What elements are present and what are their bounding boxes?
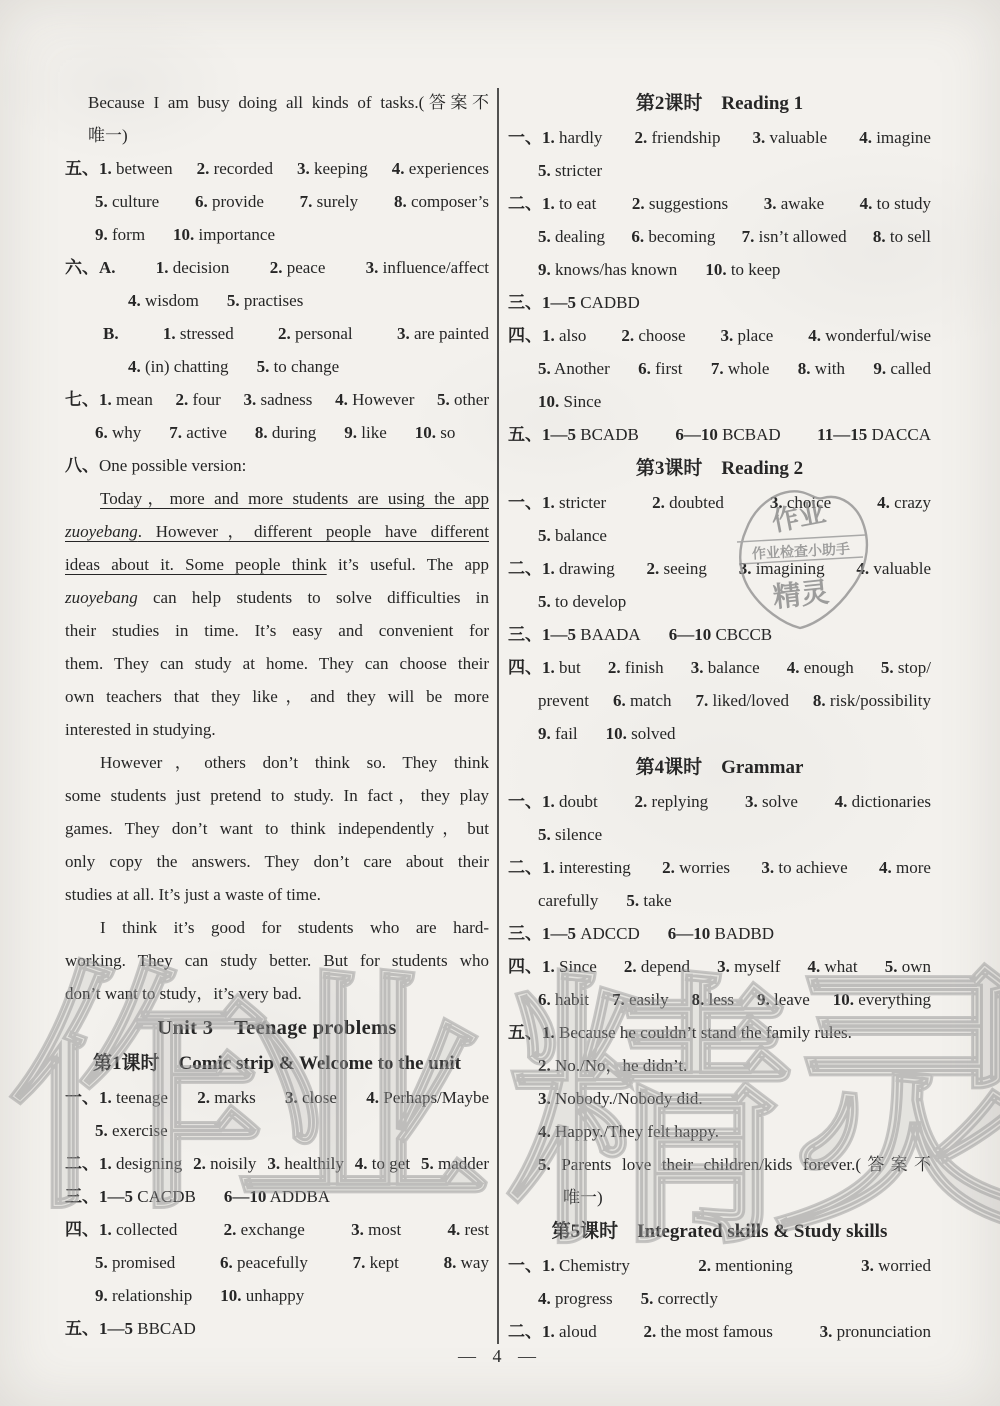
text-segment: Grammar [702, 757, 803, 778]
text-line: 一、1. stricter2. doubted3. choice4. crazy [508, 486, 931, 519]
text-segment: culture [108, 192, 159, 211]
text-line: zuoyebang can help students to solve dif… [65, 581, 489, 614]
answer-item: I think it’s good for students who are h… [100, 918, 489, 937]
text-segment: experiences [405, 159, 489, 178]
text-segment: influence/affect [378, 258, 489, 277]
text-segment: 8. [692, 990, 705, 1009]
text-segment: promised [108, 1253, 176, 1272]
text-segment: 3. [243, 390, 256, 409]
text-segment: during [268, 423, 317, 442]
text-segment: 1. [542, 658, 555, 677]
text-segment: 2. [224, 1220, 237, 1239]
text-line: them. They can study at home. They can c… [65, 647, 489, 680]
answer-item: 4. Happy./They felt happy. [538, 1122, 719, 1141]
text-segment: 5. [538, 161, 551, 180]
text-segment: 8. [798, 359, 811, 378]
text-segment: to study [872, 194, 931, 213]
text-segment: 6—10 [668, 924, 711, 943]
text-segment: 1. [99, 1220, 112, 1239]
text-segment: CBCCB [711, 625, 772, 644]
text-segment: 1. [99, 159, 112, 178]
text-segment: stricter [555, 493, 606, 512]
answer-item: 3. pronunciation [820, 1315, 931, 1348]
text-segment: Parents love their children/kids forever… [551, 1155, 931, 1174]
text-segment: 一、 [508, 493, 542, 512]
answer-item: However，others don’t think so. They thin… [100, 753, 489, 772]
text-segment: 6—10 [669, 625, 712, 644]
page-number: — 4 — [0, 1346, 1000, 1367]
text-segment: 三、 [65, 1187, 99, 1206]
answer-item: 4. to get [355, 1147, 410, 1180]
text-line: some students just pretend to study. In … [65, 779, 489, 812]
text-segment: suggestions [645, 194, 729, 213]
text-segment: 3. [366, 258, 379, 277]
text-segment: 6. [220, 1253, 233, 1272]
text-segment: 7. [742, 227, 755, 246]
answer-item: 唯一) [88, 126, 128, 145]
text-segment: 1. [542, 128, 555, 147]
answer-item: 4. what [808, 950, 858, 983]
text-segment: balance [551, 526, 607, 545]
text-segment: other [450, 390, 489, 409]
text-segment: risk/possibility [826, 691, 931, 710]
answer-item: 5. balance [538, 526, 607, 545]
text-line: 五、1. Because he couldn’t stand the famil… [508, 1016, 931, 1049]
text-segment: 5. [257, 357, 270, 376]
text-segment: 第5课时 [552, 1221, 619, 1242]
answer-item: 2. marks [197, 1081, 256, 1114]
answer-item: 七、1. mean [65, 383, 153, 416]
answer-item: 7. active [169, 416, 227, 449]
answer-item: 4. However [335, 383, 414, 416]
text-line: Today，more and more students are using t… [65, 482, 489, 515]
text-segment: 5. [538, 359, 551, 378]
answer-item: 9. form [95, 218, 145, 251]
answer-item: 一、1. teenage [65, 1081, 168, 1114]
text-segment: 7. [612, 990, 625, 1009]
text-segment: 四、 [508, 326, 542, 345]
text-line: own teachers that they like，and they wil… [65, 680, 489, 713]
text-segment: 唯一) [88, 126, 128, 145]
text-segment: importance [194, 225, 275, 244]
text-segment: 4. [366, 1088, 379, 1107]
text-segment: silence [551, 825, 602, 844]
text-segment: 5. [95, 192, 108, 211]
text-line: 二、1. aloud2. the most famous3. pronuncia… [508, 1315, 931, 1348]
text-segment: 2. [643, 1322, 656, 1341]
text-segment: 4. [538, 1122, 551, 1141]
text-line: 4. Happy./They felt happy. [538, 1115, 931, 1148]
text-line: 5. dealing6. becoming7. isn’t allowed8. … [538, 220, 931, 253]
answer-item: 5. Parents love their children/kids fore… [538, 1155, 931, 1174]
answer-item: 三、1—5 CACDB [65, 1180, 196, 1213]
text-segment: dealing [551, 227, 605, 246]
text-segment: aloud [555, 1322, 597, 1341]
text-line: 9. form10. importance [95, 218, 489, 251]
text-segment: 5. [538, 592, 551, 611]
text-segment: 2. [193, 1154, 206, 1173]
text-segment: easily [625, 990, 669, 1009]
text-segment: 5. [885, 957, 898, 976]
answer-item: 4. crazy [877, 486, 931, 519]
answer-item: 3. healthily [267, 1147, 343, 1180]
answer-item: 二、1. interesting [508, 851, 631, 884]
text-line: 4. wisdom5. practises [128, 284, 489, 317]
text-line: 5. silence [538, 818, 931, 851]
answer-column-right: 第2课时 Reading 1一、1. hardly2. friendship3.… [508, 86, 931, 1348]
text-segment: between [112, 159, 173, 178]
answer-item: 2. finish [608, 651, 664, 684]
text-segment: 4. [808, 326, 821, 345]
answer-item: 6. provide [195, 185, 264, 218]
text-segment: Since [555, 957, 597, 976]
text-segment: 4. [877, 493, 890, 512]
text-segment: Happy./They felt happy. [551, 1122, 719, 1141]
text-segment: to eat [555, 194, 597, 213]
text-segment: 1. [99, 390, 112, 409]
answer-item: 2. friendship [635, 121, 721, 154]
answer-item: 5. exercise [95, 1121, 168, 1140]
text-segment: Chemistry [555, 1256, 630, 1275]
text-segment: 5. [881, 658, 894, 677]
answer-item: their studies in time. It’s easy and con… [65, 621, 489, 640]
text-segment: 四、 [508, 957, 542, 976]
text-segment: 1. [542, 792, 555, 811]
text-line: 五、1—5 BBCAD [65, 1312, 489, 1345]
text-line: 一、1. doubt2. replying3. solve4. dictiona… [508, 785, 931, 818]
text-segment: most [364, 1220, 401, 1239]
text-segment: 1—5 [542, 625, 576, 644]
text-line: interested in studying. [65, 713, 489, 746]
answer-item: them. They can study at home. They can c… [65, 654, 489, 673]
answer-item: 3. imagining [739, 552, 825, 585]
text-line: B.1. stressed2. personal3. are painted [103, 317, 489, 350]
text-segment: 10. [606, 724, 627, 743]
answer-item: 三、1—5 CADBD [508, 293, 640, 312]
answer-item: 2. the most famous [643, 1315, 772, 1348]
answer-item: 三、1—5 ADCCD [508, 917, 640, 950]
text-line: 四、1. but2. finish3. balance4. enough5. s… [508, 651, 931, 684]
answer-item: 10. solved [606, 717, 676, 750]
text-segment: teenage [112, 1088, 168, 1107]
text-segment: A. [99, 258, 116, 277]
answer-item: 4. more [879, 851, 931, 884]
text-line: 6. habit7. easily8. less9. leave10. ever… [538, 983, 931, 1016]
text-line: 七、1. mean2. four3. sadness4. However5. o… [65, 383, 489, 416]
text-segment: 1. [542, 559, 555, 578]
text-line: don’t want to study，it’s very bad. [65, 977, 489, 1010]
text-segment: 3. [820, 1322, 833, 1341]
text-line: 6. why7. active8. during9. like10. so [95, 416, 489, 449]
answer-item: 5. practises [227, 284, 303, 317]
answer-item: 5. to change [257, 350, 340, 383]
answer-item: 一、1. hardly [508, 121, 602, 154]
text-segment: games. They don’t want to think independ… [65, 819, 489, 838]
answer-item: 2. No./No，he didn’t. [538, 1056, 687, 1075]
answer-item: interested in studying. [65, 720, 216, 739]
text-segment: Another [551, 359, 610, 378]
text-segment: prevent [538, 691, 589, 710]
text-segment: 6. [631, 227, 644, 246]
text-segment: 7. [169, 423, 182, 442]
answer-item: 6. becoming [631, 220, 715, 253]
text-segment: finish [621, 658, 664, 677]
text-segment: 1—5 [99, 1319, 133, 1338]
answer-item: 3. valuable [753, 121, 828, 154]
answer-item: 9. knows/has known [538, 253, 677, 286]
text-line: 5. exercise [95, 1114, 489, 1147]
text-segment: awake [776, 194, 824, 213]
text-segment: can help students to solve difficulties … [138, 588, 489, 607]
answer-item: carefully [538, 884, 598, 917]
text-segment: personal [291, 324, 353, 343]
text-segment: 5. [95, 1253, 108, 1272]
text-line: However，others don’t think so. They thin… [65, 746, 489, 779]
text-line: Because I am busy doing all kinds of tas… [88, 86, 489, 119]
text-segment: 二、 [65, 1154, 99, 1173]
answer-item: 3. sadness [243, 383, 312, 416]
answer-item: 3. influence/affect [366, 251, 489, 284]
text-line: 二、1. interesting2. worries3. to achieve4… [508, 851, 931, 884]
text-line: 六、A.1. decision2. peace3. influence/affe… [65, 251, 489, 284]
answer-item: 四、1. collected [65, 1213, 177, 1246]
text-segment: to achieve [774, 858, 848, 877]
answer-item: 10. so [415, 416, 456, 449]
answer-item: 3. place [720, 319, 773, 352]
text-line: 9. knows/has known10. to keep [538, 253, 931, 286]
text-segment: studies at all. It’s just a waste of tim… [65, 885, 321, 904]
text-segment: 9. [538, 724, 551, 743]
text-segment: hardly [555, 128, 603, 147]
text-line: their studies in time. It’s easy and con… [65, 614, 489, 647]
answer-item: games. They don’t want to think independ… [65, 819, 489, 838]
text-segment: zuoyebang [65, 522, 138, 541]
text-segment: mentioning [711, 1256, 793, 1275]
text-line: studies at all. It’s just a waste of tim… [65, 878, 489, 911]
text-segment: valuable [869, 559, 931, 578]
text-line: 9. relationship10. unhappy [95, 1279, 489, 1312]
answer-item: 五、1. Because he couldn’t stand the famil… [508, 1023, 852, 1042]
text-segment: fail [551, 724, 578, 743]
answer-item: 5. promised [95, 1246, 175, 1279]
text-segment: 3. [770, 493, 783, 512]
text-segment: Integrated skills & Study skills [618, 1221, 887, 1242]
answer-item: 4. rest [447, 1213, 489, 1246]
text-line: 四、1. also2. choose3. place4. wonderful/w… [508, 319, 931, 352]
text-segment: some students just pretend to study. In … [65, 786, 489, 805]
answer-item: 2. seeing [646, 552, 706, 585]
text-segment: BCBAD [718, 425, 781, 444]
text-segment: 4. [128, 291, 141, 310]
answer-item: 四、1. Since [508, 950, 597, 983]
text-segment: One possible version: [99, 456, 246, 475]
text-segment: 2. [278, 324, 291, 343]
text-segment: Perhaps/Maybe [379, 1088, 489, 1107]
text-segment: 3. [753, 128, 766, 147]
answer-item: 4. Perhaps/Maybe [366, 1081, 489, 1114]
text-segment: 6. [538, 990, 551, 1009]
text-segment: peacefully [233, 1253, 308, 1272]
text-segment: 5. [227, 291, 240, 310]
text-segment: interested in studying. [65, 720, 216, 739]
text-segment: 二、 [508, 858, 542, 877]
answer-item: studies at all. It’s just a waste of tim… [65, 885, 321, 904]
text-segment: solved [627, 724, 676, 743]
answer-item: 五、1—5 BCADB [508, 418, 639, 451]
text-segment: relationship [108, 1286, 193, 1305]
text-segment: 6—10 [675, 425, 718, 444]
text-segment: their studies in time. It’s easy and con… [65, 621, 489, 640]
text-line: 第3课时 Reading 2 [508, 451, 931, 486]
text-segment: choice [783, 493, 832, 512]
text-segment: whole [724, 359, 770, 378]
text-segment: with [811, 359, 845, 378]
text-segment: 4. [355, 1154, 368, 1173]
text-segment: everything [854, 990, 931, 1009]
text-line: 四、1. collected2. exchange3. most4. rest [65, 1213, 489, 1246]
text-segment: imagining [751, 559, 824, 578]
text-segment: Reading 2 [702, 458, 803, 479]
answer-item: 5. stricter [538, 161, 602, 180]
text-line: 第2课时 Reading 1 [508, 86, 931, 121]
text-segment: stressed [176, 324, 234, 343]
answer-item: 四、1. but [508, 651, 581, 684]
text-segment: Since [559, 392, 601, 411]
text-segment: However [348, 390, 415, 409]
answer-item: 5. own [885, 950, 931, 983]
text-segment: 1—5 [542, 425, 576, 444]
text-segment: 9. [95, 225, 108, 244]
text-segment: 二、 [508, 194, 542, 213]
answer-item: 9. like [344, 416, 387, 449]
text-segment: working. They can study better. But for … [65, 951, 489, 970]
answer-item: 二、1. drawing [508, 552, 615, 585]
answer-item: 8. less [692, 983, 735, 1016]
text-segment: 3. [285, 1088, 298, 1107]
text-segment: 10. [220, 1286, 241, 1305]
text-line: 5. promised6. peacefully7. kept8. way [95, 1246, 489, 1279]
text-line: 五、1. between2. recorded3. keeping4. expe… [65, 152, 489, 185]
answer-item: 3. Nobody./Nobody did. [538, 1089, 703, 1108]
text-segment: more [892, 858, 931, 877]
text-segment: noisily [206, 1154, 257, 1173]
text-segment: 1. [542, 1256, 555, 1275]
answer-item: 一、1. doubt [508, 785, 598, 818]
text-line: 第1课时 Comic strip & Welcome to the unit [65, 1046, 489, 1081]
text-segment: surely [312, 192, 358, 211]
answer-item: own teachers that they like，and they wil… [65, 687, 489, 706]
text-segment: 三、 [508, 625, 542, 644]
text-segment: 7. [711, 359, 724, 378]
text-segment: 1. [542, 1023, 555, 1042]
answer-item: 7. whole [711, 352, 770, 385]
text-segment: 9. [538, 260, 551, 279]
text-segment: exchange [236, 1220, 304, 1239]
answer-item: 8. composer’s [394, 185, 489, 218]
text-segment: to develop [551, 592, 627, 611]
text-segment: 11—15 [817, 425, 867, 444]
text-segment: B. [103, 324, 119, 343]
text-segment: ADCCD [576, 924, 640, 943]
text-segment: 二、 [508, 1322, 542, 1341]
text-segment: 6—10 [224, 1187, 267, 1206]
text-segment: match [626, 691, 672, 710]
answer-item: 2. peace [270, 251, 326, 284]
text-segment: 4. [392, 159, 405, 178]
text-line: only copy the answers. They don’t care a… [65, 845, 489, 878]
text-segment: why [108, 423, 142, 442]
answer-item: 3. to achieve [761, 851, 847, 884]
text-segment: recorded [209, 159, 273, 178]
text-segment: form [108, 225, 145, 244]
text-segment: enough [800, 658, 854, 677]
text-line: 三、1—5 BAADA6—10 CBCCB [508, 618, 931, 651]
answer-item: 5. stop/ [881, 651, 931, 684]
text-segment: 9. [344, 423, 357, 442]
text-segment: 6. [195, 192, 208, 211]
answer-column-left: Because I am busy doing all kinds of tas… [65, 86, 489, 1345]
text-segment: correctly [653, 1289, 718, 1308]
answer-item: 二、1. designing [65, 1147, 182, 1180]
text-segment: 2. [624, 957, 637, 976]
answer-item: 4. wisdom [128, 284, 199, 317]
text-segment: ideas about it. Some people think [65, 555, 327, 574]
answer-item: 2. suggestions [632, 187, 728, 220]
text-segment: solve [758, 792, 798, 811]
answer-item: 6—10 BADBD [668, 917, 774, 950]
text-segment: However，others don’t think so. They thin… [100, 753, 489, 772]
text-segment: Because I am busy doing all kinds of tas… [88, 93, 489, 112]
answer-item: 10. Since [538, 392, 601, 411]
answer-item: 10. importance [173, 218, 275, 251]
text-segment: to change [269, 357, 339, 376]
text-line: 二、1. to eat2. suggestions3. awake4. to s… [508, 187, 931, 220]
text-segment: doubted [665, 493, 724, 512]
answer-item: 8. risk/possibility [813, 684, 931, 717]
text-segment: madder [434, 1154, 489, 1173]
answer-item: 唯一) [563, 1188, 603, 1207]
text-line: 4. progress5. correctly [538, 1282, 931, 1315]
text-segment: leave [770, 990, 810, 1009]
text-segment: 2. [632, 194, 645, 213]
answer-item: 11—15 DACCA [817, 418, 931, 451]
answer-item: 8. to sell [873, 220, 931, 253]
text-segment: knows/has known [551, 260, 678, 279]
text-line: 4. (in) chatting5. to change [128, 350, 489, 383]
text-segment: like [357, 423, 387, 442]
text-segment: 五、 [65, 1319, 99, 1338]
text-segment: 3. [717, 957, 730, 976]
text-segment: 4. [808, 957, 821, 976]
text-segment: less [704, 990, 734, 1009]
answer-item: 5. madder [421, 1147, 489, 1180]
text-segment: 10. [538, 392, 559, 411]
text-segment: imagine [872, 128, 931, 147]
text-segment: 4. [447, 1220, 460, 1239]
answer-item: 5. other [437, 383, 489, 416]
text-segment: but [555, 658, 581, 677]
text-segment: 8. [394, 192, 407, 211]
text-segment: 1. [542, 858, 555, 877]
text-segment: replying [647, 792, 708, 811]
answer-item: don’t want to study，it’s very bad. [65, 984, 302, 1003]
text-line: 五、1—5 BCADB6—10 BCBAD11—15 DACCA [508, 418, 931, 451]
text-segment: depend [637, 957, 690, 976]
answer-item: 7. isn’t allowed [742, 220, 847, 253]
answer-item: 2. exchange [224, 1213, 305, 1246]
text-segment: mean [112, 390, 153, 409]
text-segment: seeing [659, 559, 707, 578]
